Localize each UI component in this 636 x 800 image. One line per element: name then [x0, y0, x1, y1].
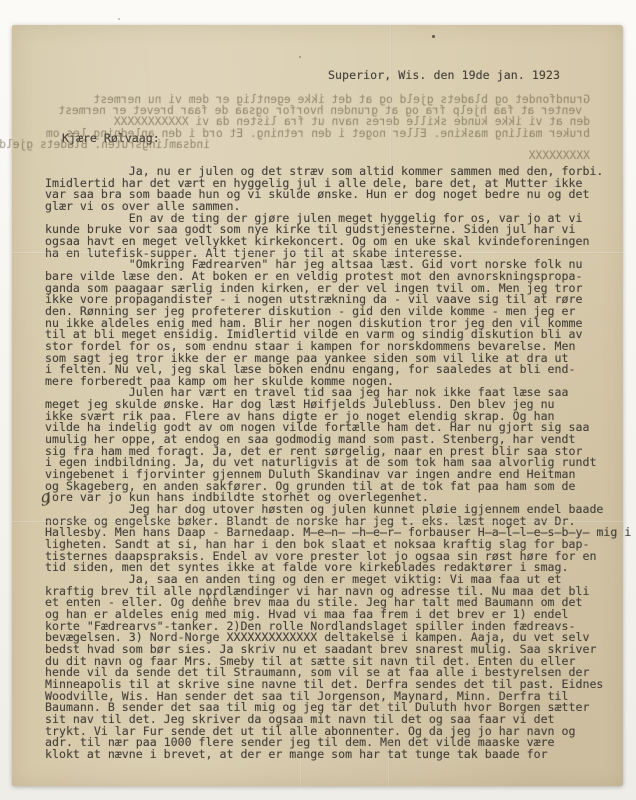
fold-crease: [12, 521, 623, 523]
letter-body: Ja, nu er julen og det stræv som altid k…: [45, 166, 620, 760]
salutation: Kjære Rølvaag:: [62, 131, 160, 145]
fold-crease: [388, 660, 390, 786]
paper-speck: [118, 18, 120, 20]
overtype-correction: tt: [206, 592, 219, 602]
dateline: Superior, Wis. den 19de jan. 1923: [328, 68, 560, 82]
paper-speck: [299, 56, 301, 58]
paragraph: Jeg har dog utover høsten og julen kunne…: [45, 504, 620, 574]
paragraph: Ja, saa en anden ting og den er meget vi…: [45, 574, 620, 761]
paragraph: Ja, nu er julen og det stræv som altid k…: [45, 166, 620, 213]
paragraph: Julen har vært en travel tid saa jeg har…: [45, 387, 620, 504]
fold-crease: [300, 660, 302, 786]
paper-speck: [432, 35, 435, 38]
fold-crease: [12, 252, 623, 254]
scanned-letter-page: Grundfondet og bladets gjeld og at det i…: [0, 0, 636, 800]
fold-crease: [390, 25, 392, 255]
paragraph: "Omkring Fædrearven" har jeg altsaa læst…: [45, 259, 620, 387]
